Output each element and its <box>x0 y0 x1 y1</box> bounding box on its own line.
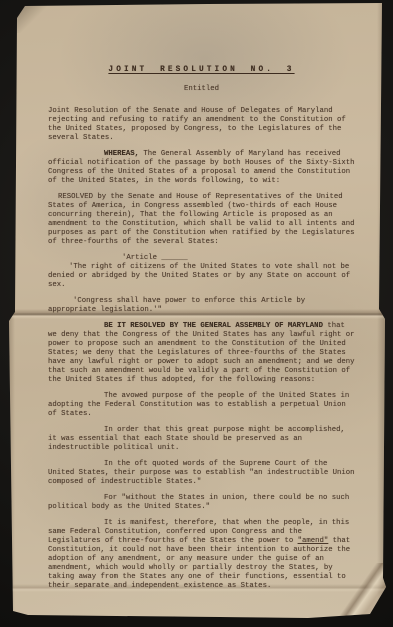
paragraph-be-it-resolved: BE IT RESOLVED BY THE GENERAL ASSEMBLY O… <box>48 322 355 385</box>
document-subtitle: Entitled <box>48 85 355 94</box>
manifest-amend-underlined: "amend" <box>298 537 329 545</box>
be-it-resolved-body: that we deny that the Congress of the Un… <box>48 322 355 384</box>
paragraph-whereas: WHEREAS, The General Assembly of Marylan… <box>48 150 355 186</box>
paragraph-avowed-purpose: The avowed purpose of the people of the … <box>48 392 355 419</box>
be-it-resolved-lead: BE IT RESOLVED BY THE GENERAL ASSEMBLY O… <box>104 322 323 330</box>
whereas-body: The General Assembly of Maryland has rec… <box>48 150 355 185</box>
article-text: 'The right of citizens of the United Sta… <box>48 263 355 290</box>
paragraph-intro: Joint Resolution of the Senate and House… <box>48 107 355 143</box>
document-title: JOINT RESOLUTION NO. 3 <box>48 66 355 75</box>
congress-enforcement-clause: 'Congress shall have power to enforce th… <box>48 297 355 315</box>
photo-background: JOINT RESOLUTION NO. 3 Entitled Joint Re… <box>0 0 393 627</box>
whereas-lead: WHEREAS, <box>104 150 139 158</box>
document-page: JOINT RESOLUTION NO. 3 Entitled Joint Re… <box>8 3 386 619</box>
paragraph-for-quote: For "without the States in union, there … <box>48 494 355 512</box>
paragraph-it-is-manifest: It is manifest, therefore, that when the… <box>48 519 355 591</box>
paragraph-supreme-court-quote: In the oft quoted words of the Supreme C… <box>48 460 355 487</box>
article-heading: 'Article ______ <box>122 254 355 263</box>
resolved-clause: RESOLVED by the Senate and House of Repr… <box>48 193 355 247</box>
paragraph-in-order: In order that this great purpose might b… <box>48 426 355 453</box>
typewritten-content: JOINT RESOLUTION NO. 3 Entitled Joint Re… <box>48 66 355 598</box>
paper-top-left-corner-shadow <box>8 3 50 33</box>
paper-left-edge-shadow <box>8 3 15 619</box>
